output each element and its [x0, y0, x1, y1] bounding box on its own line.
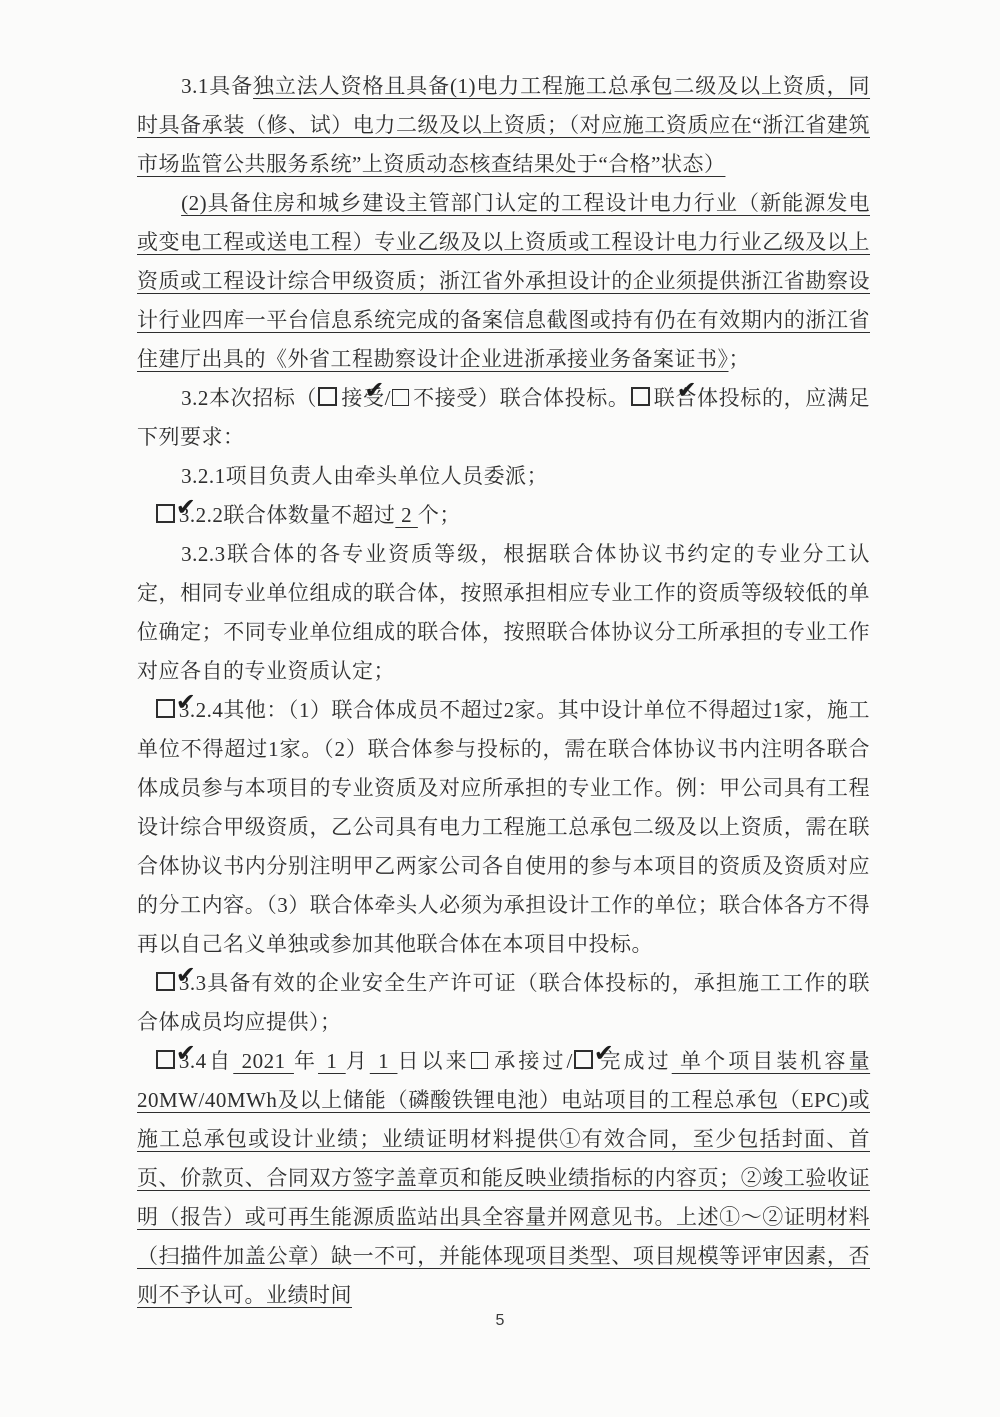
text-segment: 月	[346, 1049, 370, 1073]
checkbox-checked-icon[interactable]	[156, 699, 175, 718]
clause-3-2-4: 3.2.4其他：（1）联合体成员不超过2家。其中设计单位不得超过1家，施工单位不…	[137, 691, 870, 964]
clause-3-3: 3.3具备有效的企业安全生产许可证（联合体投标的，承担施工工作的联合体成员均应提…	[137, 964, 870, 1042]
text-segment: 3.2.4其他：（1）联合体成员不超过2家。其中设计单位不得超过1家，施工单位不…	[137, 698, 870, 956]
clause-3-2-1: 3.2.1项目负责人由牵头单位人员委派；	[137, 457, 870, 496]
text-segment: 不接受）联合体投标。	[413, 386, 630, 410]
underlined-text-segment: 2021	[233, 1049, 294, 1073]
text-segment: 3.2.1项目负责人由牵头单位人员委派；	[181, 464, 548, 488]
page-number: 5	[496, 1312, 505, 1329]
text-segment: ；	[729, 347, 751, 371]
underlined-text-segment: 1	[318, 1049, 346, 1073]
underlined-text-segment: (2)具备住房和城乡建设主管部门认定的工程设计电力行业（新能源发电或变电工程或送…	[137, 191, 870, 371]
underlined-text-segment: 单个项目装机容量20MW/40MWh及以上储能（磷酸铁锂电池）电站项目的工程总承…	[137, 1049, 870, 1307]
checkbox-checked-icon[interactable]	[318, 387, 337, 406]
text-segment: 3.1具备	[181, 74, 253, 98]
clause-3-2-3: 3.2.3联合体的各专业资质等级，根据联合体协议书约定的专业分工认定，相同专业单…	[137, 535, 870, 691]
text-segment: 3.2本次招标（	[181, 386, 317, 410]
text-segment: 个；	[418, 503, 461, 527]
clause-3-2: 3.2本次招标（接受/不接受）联合体投标。联合体投标的，应满足下列要求：	[137, 379, 870, 457]
text-segment: 日以来	[397, 1049, 469, 1073]
text-segment: 3.2.2联合体数量不超过	[179, 503, 396, 527]
checkbox-unchecked-icon[interactable]	[471, 1052, 488, 1069]
clause-3-1: 3.1具备独立法人资格且具备(1)电力工程施工总承包二级及以上资质，同时具备承装…	[137, 67, 870, 184]
checkbox-checked-icon[interactable]	[156, 972, 175, 991]
text-segment: 年	[294, 1049, 318, 1073]
underlined-text-segment: 1	[370, 1049, 398, 1073]
document-body: 3.1具备独立法人资格且具备(1)电力工程施工总承包二级及以上资质，同时具备承装…	[137, 67, 870, 1315]
checkbox-checked-icon[interactable]	[156, 504, 175, 523]
underlined-text-segment: 2	[395, 503, 418, 527]
clause-3-1-item-2: (2)具备住房和城乡建设主管部门认定的工程设计电力行业（新能源发电或变电工程或送…	[137, 184, 870, 379]
clause-3-2-2: 3.2.2联合体数量不超过 2 个；	[137, 496, 870, 535]
checkbox-unchecked-icon[interactable]	[392, 389, 409, 406]
document-page: 3.1具备独立法人资格且具备(1)电力工程施工总承包二级及以上资质，同时具备承装…	[0, 0, 1000, 1417]
page-footer: 5	[0, 1312, 1000, 1330]
checkbox-checked-icon[interactable]	[574, 1050, 593, 1069]
checkbox-checked-icon[interactable]	[156, 1050, 175, 1069]
text-segment: 承接过/	[492, 1049, 573, 1073]
checkbox-checked-icon[interactable]	[631, 387, 650, 406]
clause-3-4: 3.4自 2021 年 1 月 1 日以来承接过/完成过 单个项目装机容量20M…	[137, 1042, 870, 1315]
text-segment: 3.3具备有效的企业安全生产许可证（联合体投标的，承担施工工作的联合体成员均应提…	[137, 971, 870, 1034]
text-segment: 3.2.3联合体的各专业资质等级，根据联合体协议书约定的专业分工认定，相同专业单…	[137, 542, 870, 683]
